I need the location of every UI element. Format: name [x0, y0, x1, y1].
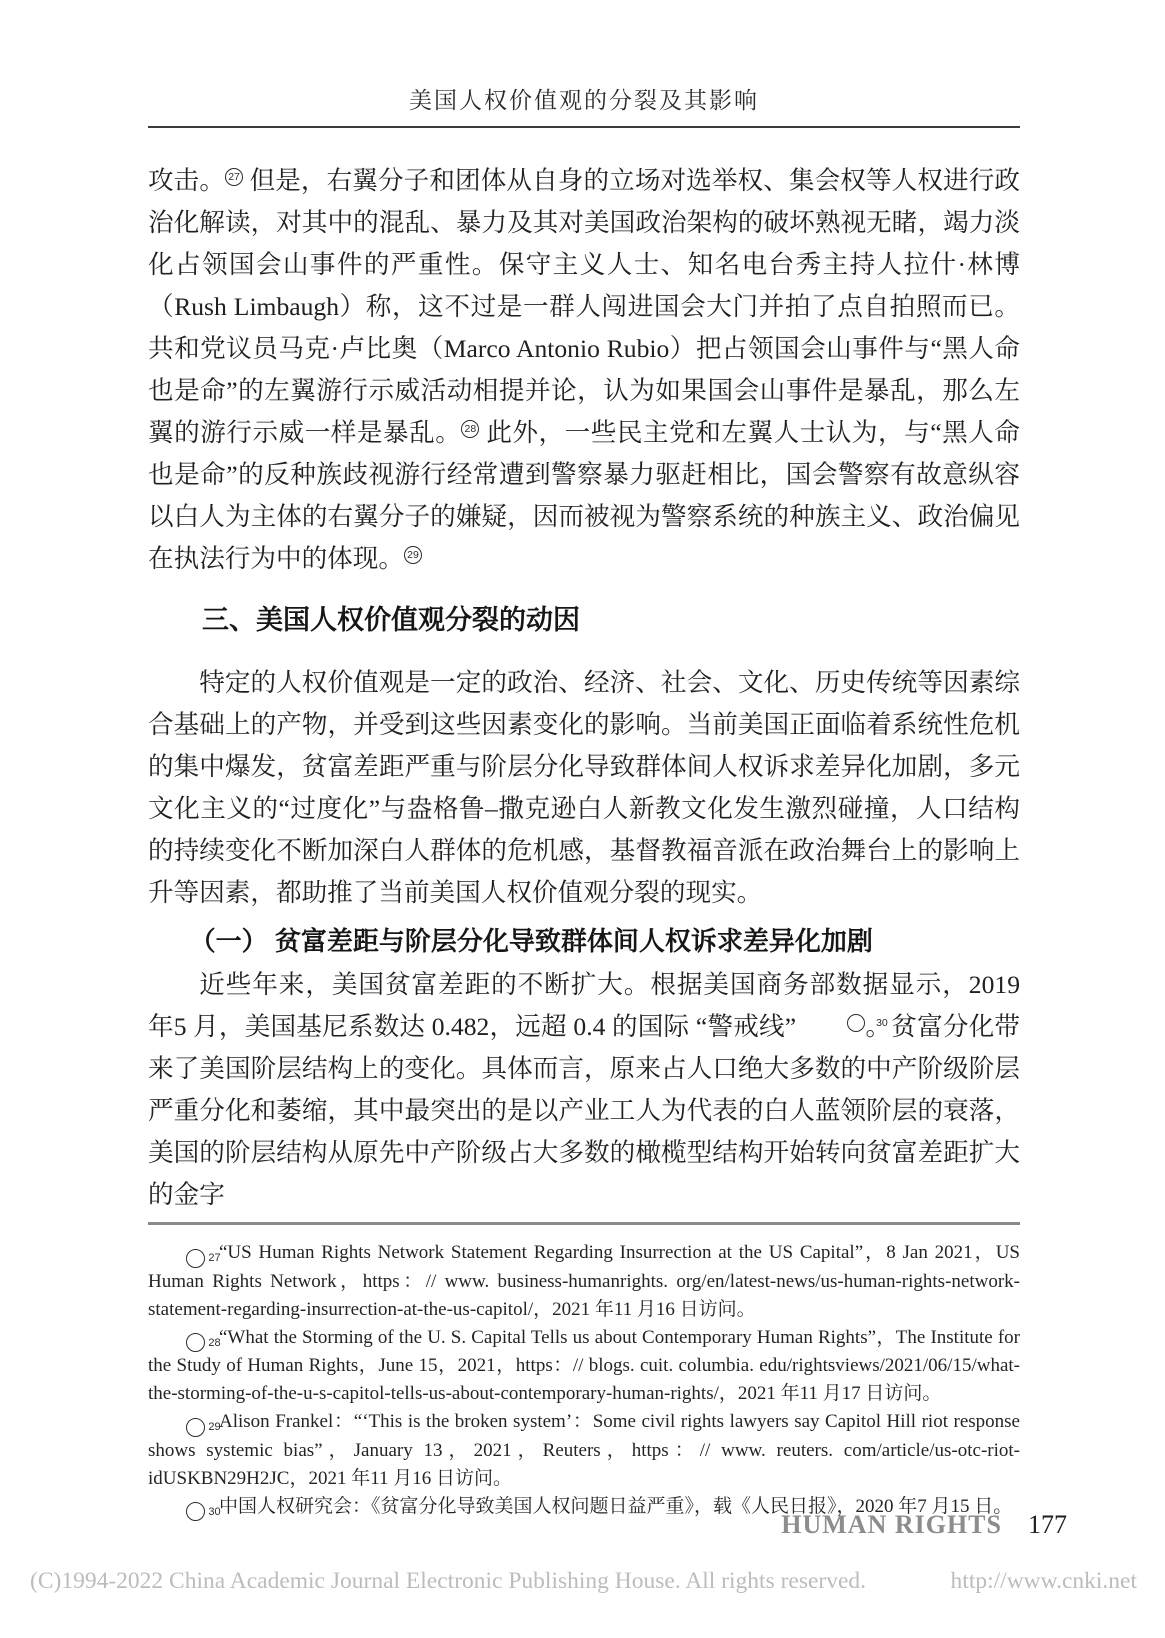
footnote-29: 29Alison Frankel：“‘This is the broken sy…: [148, 1408, 1020, 1493]
footnote-list: 27“US Human Rights Network Statement Reg…: [148, 1225, 1020, 1521]
footnote-ref-number: 29: [404, 546, 422, 564]
footnote-ref-30[interactable]: 30: [796, 1014, 865, 1032]
footnote-27: 27“US Human Rights Network Statement Reg…: [148, 1239, 1020, 1324]
paragraph-text: 攻击。: [148, 166, 225, 195]
footnote-ref-29[interactable]: 29: [404, 546, 422, 564]
cnki-watermark: (C)1994-2022 China Academic Journal Elec…: [30, 1568, 1137, 1595]
article-body: 攻击。27 但是，右翼分子和团体从自身的立场对选举权、集会权等人权进行政治化解读…: [148, 160, 1020, 1521]
footnote-text: “What the Storming of the U. S. Capital …: [148, 1327, 1020, 1405]
paragraph-text: 但是，右翼分子和团体从自身的立场对选举权、集会权等人权进行政治化解读，对其中的混…: [148, 166, 1020, 447]
footnote-number: 27: [186, 1249, 205, 1268]
footnote-number: 29: [186, 1418, 205, 1437]
journal-name: HUMAN RIGHTS: [781, 1510, 1002, 1540]
footnote-ref-number: 30: [847, 1014, 865, 1032]
footnote-number: 28: [186, 1333, 205, 1352]
page-header: 美国人权价值观的分裂及其影响: [148, 86, 1020, 128]
header-rule: [148, 126, 1020, 128]
footnotes-section: 27“US Human Rights Network Statement Reg…: [148, 1222, 1020, 1521]
footnote-ref-number: 27: [225, 168, 243, 186]
page-footer: HUMAN RIGHTS 177: [781, 1510, 1067, 1540]
footnote-ref-28[interactable]: 28: [461, 420, 479, 438]
footnote-text: Alison Frankel：“‘This is the broken syst…: [148, 1411, 1020, 1489]
footnote-ref-27[interactable]: 27: [225, 168, 243, 186]
paragraph-3: 近些年来，美国贫富差距的不断扩大。根据美国商务部数据显示，2019 年5 月，美…: [148, 964, 1020, 1216]
footnote-ref-number: 28: [461, 420, 479, 438]
page-number: 177: [1028, 1510, 1067, 1540]
paragraph-1: 攻击。27 但是，右翼分子和团体从自身的立场对选举权、集会权等人权进行政治化解读…: [148, 160, 1020, 580]
running-title: 美国人权价值观的分裂及其影响: [148, 86, 1020, 116]
copyright-text: (C)1994-2022 China Academic Journal Elec…: [30, 1568, 866, 1595]
journal-page: 美国人权价值观的分裂及其影响 攻击。27 但是，右翼分子和团体从自身的立场对选举…: [0, 0, 1165, 1638]
section-heading: 三、美国人权价值观分裂的动因: [148, 600, 1020, 640]
cnki-url: http://www.cnki.net: [951, 1568, 1137, 1595]
footnote-text: “US Human Rights Network Statement Regar…: [148, 1242, 1020, 1320]
paragraph-text: 。贫富分化带来了美国阶层结构上的变化。具体而言，原来占人口绝大多数的中产阶级阶层…: [148, 1012, 1020, 1209]
footnote-28: 28“What the Storming of the U. S. Capita…: [148, 1324, 1020, 1409]
page-content: 美国人权价值观的分裂及其影响 攻击。27 但是，右翼分子和团体从自身的立场对选举…: [148, 0, 1020, 1521]
subsection-heading: （一） 贫富差距与阶层分化导致群体间人权诉求差异化加剧: [148, 922, 1020, 960]
footnote-number: 30: [186, 1502, 205, 1521]
paragraph-2: 特定的人权价值观是一定的政治、经济、社会、文化、历史传统等因素综合基础上的产物，…: [148, 662, 1020, 914]
